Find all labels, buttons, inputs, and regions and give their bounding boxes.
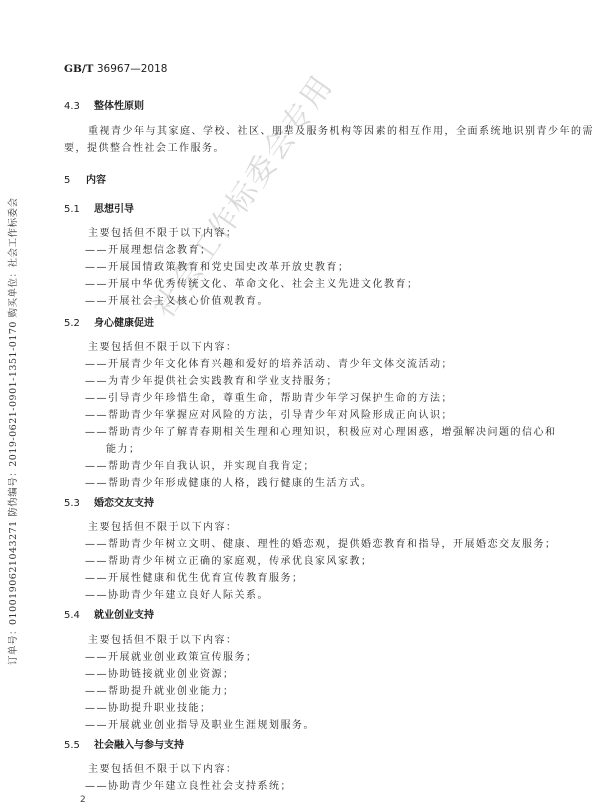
- list-item: ——开展性健康和优生优育宣传教育服务；: [85, 569, 304, 584]
- paragraph: 主要包括但不限于以下内容：: [88, 760, 238, 775]
- list-item: ——开展中华优秀传统文化、革命文化、社会主义先进文化教育；: [85, 275, 419, 290]
- list-item: ——帮助青少年自我认识，并实现自我肯定；: [85, 457, 315, 472]
- list-item: ——开展理想信念教育；: [85, 241, 212, 256]
- list-item: ——引导青少年珍惜生命，尊重生命，帮助青少年学习保护生命的方法；: [85, 389, 453, 404]
- heading-5-2: 5.2身心健康促进: [64, 314, 154, 329]
- order-info-sidebar: 订单号：0100190621043271 防伪编号：2019-0621-0901…: [5, 198, 19, 665]
- paragraph: 主要包括但不限于以下内容：: [88, 338, 238, 353]
- list-item: ——协助链接就业创业资源；: [85, 665, 235, 680]
- heading-5: 5内容: [64, 171, 106, 186]
- list-item: ——帮助青少年树立文明、健康、理性的婚恋观，提供婚恋教育和指导，开展婚恋交友服务…: [85, 535, 557, 550]
- standard-prefix: GB/T: [64, 63, 94, 75]
- list-item: ——开展国情政策教育和党史国史改革开放史教育；: [85, 258, 350, 273]
- list-item: ——帮助青少年树立正确的家庭观，传承优良家风家教；: [85, 552, 373, 567]
- paragraph: 主要包括但不限于以下内容：: [88, 518, 238, 533]
- standard-number: GB/T 36967—2018: [64, 63, 167, 75]
- list-item: ——帮助提升就业创业能力；: [85, 682, 235, 697]
- heading-5-3: 5.3婚恋交友支持: [64, 494, 154, 509]
- list-item: ——开展就业创业指导及职业生涯规划服务。: [85, 716, 315, 731]
- list-item-continuation: 能力；: [106, 440, 141, 455]
- list-item: ——为青少年提供社会实践教育和学业支持服务；: [85, 372, 338, 387]
- standard-code: 36967—2018: [97, 63, 168, 75]
- page-number: 2: [80, 795, 86, 805]
- list-item: ——协助提升职业技能；: [85, 699, 212, 714]
- paragraph: 主要包括但不限于以下内容：: [88, 224, 238, 239]
- paragraph: 要，提供整合性社会工作服务。: [64, 139, 225, 154]
- paragraph: 重视青少年与其家庭、学校、社区、朋辈及服务机构等因素的相互作用，全面系统地识别青…: [88, 122, 594, 137]
- list-item: ——帮助青少年掌握应对风险的方法，引导青少年对风险形成正向认识；: [85, 406, 453, 421]
- heading-5-4: 5.4就业创业支持: [64, 606, 154, 621]
- heading-5-1: 5.1思想引导: [64, 200, 134, 215]
- list-item: ——开展社会主义核心价值观教育。: [85, 292, 269, 307]
- heading-4-3: 4.3整体性原则: [64, 97, 144, 112]
- list-item: ——协助青少年建立良好人际关系。: [85, 586, 269, 601]
- list-item: ——帮助青少年形成健康的人格，践行健康的生活方式。: [85, 474, 373, 489]
- paragraph: 主要包括但不限于以下内容：: [88, 631, 238, 646]
- list-item: ——协助青少年建立良性社会支持系统；: [85, 777, 292, 792]
- list-item: ——帮助青少年了解青春期相关生理和心理知识，积极应对心理困惑，增强解决问题的信心…: [85, 423, 557, 438]
- list-item: ——开展青少年文化体育兴趣和爱好的培养活动、青少年文体交流活动；: [85, 355, 453, 370]
- list-item: ——开展就业创业政策宣传服务；: [85, 648, 258, 663]
- heading-5-5: 5.5社会融入与参与支持: [64, 736, 184, 751]
